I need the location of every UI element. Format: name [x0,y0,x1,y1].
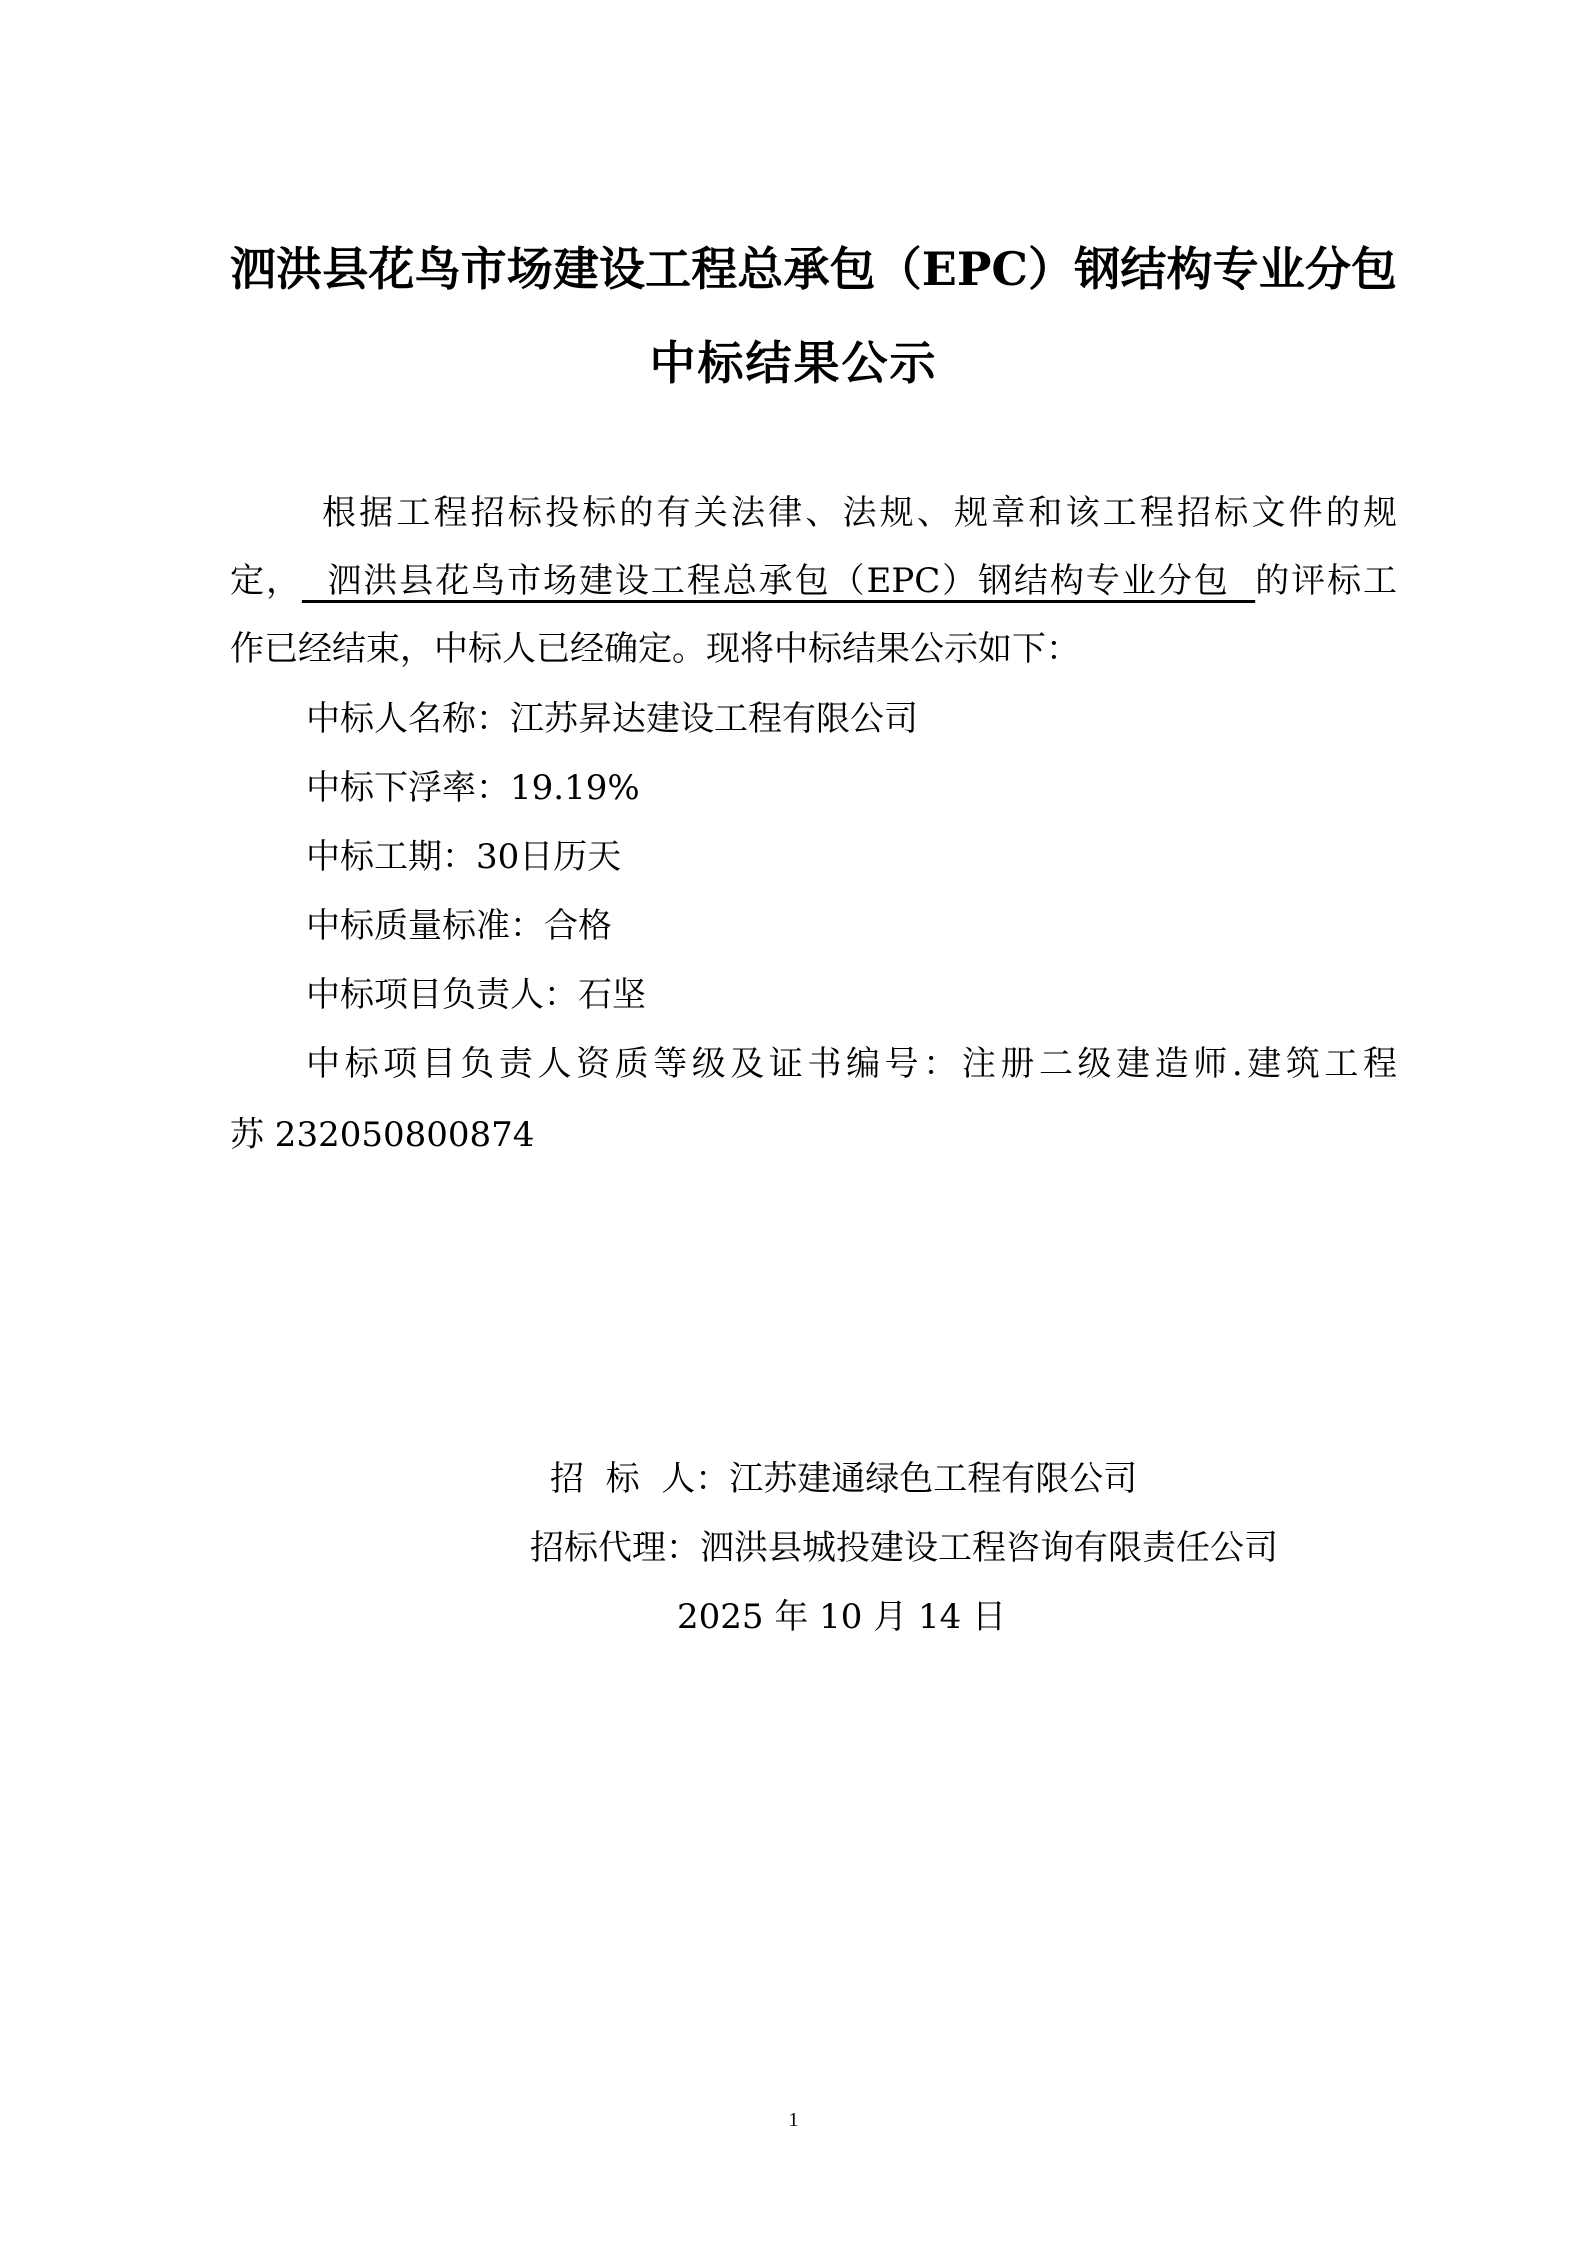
item-label: 中标质量标准： [306,906,544,946]
item-value: 30日历天 [476,837,621,877]
agent-label: 招标代理： [530,1528,700,1568]
page-number: 1 [0,2110,1587,2130]
document-title-line-1: 泗洪县花鸟市场建设工程总承包（EPC）钢结构专业分包 [230,246,1397,292]
item-manager-qualification: 中标项目负责人资质等级及证书编号：注册二级建造师.建筑工程 [306,1047,1397,1081]
certificate-number: 苏 232050800874 [230,1118,534,1152]
bidder-value: 江苏建通绿色工程有限公司 [729,1459,1137,1499]
item-label: 中标项目负责人： [306,975,578,1015]
signature-agent: 招标代理：泗洪县城投建设工程咨询有限责任公司 [530,1531,1278,1565]
item-duration: 中标工期：30日历天 [306,840,621,874]
item-label: 中标工期： [306,837,476,877]
intro-line-1: 根据工程招标投标的有关法律、法规、规章和该工程招标文件的规 [322,496,1397,530]
item-value: 注册二级建造师.建筑工程 [962,1044,1397,1084]
project-name-underlined: 泗洪县花鸟市场建设工程总承包（EPC）钢结构专业分包 [302,561,1255,601]
document-title-line-2: 中标结果公示 [0,340,1587,386]
item-value: 石坚 [578,975,646,1015]
signature-bidder: 招 标 人：江苏建通绿色工程有限公司 [550,1462,1137,1496]
item-discount-rate: 中标下浮率：19.19% [306,771,640,805]
signature-date: 2025 年 10 月 14 日 [677,1600,1006,1634]
intro-line-2: 定， 泗洪县花鸟市场建设工程总承包（EPC）钢结构专业分包 的评标工 [230,564,1397,598]
item-label: 中标下浮率： [306,768,510,808]
item-quality-standard: 中标质量标准：合格 [306,909,612,943]
item-value: 江苏昇达建设工程有限公司 [510,699,918,739]
intro-line-3: 作已经结束，中标人已经确定。现将中标结果公示如下： [230,632,1080,666]
item-project-manager: 中标项目负责人：石坚 [306,978,646,1012]
item-value: 19.19% [510,768,640,808]
item-value: 合格 [544,906,612,946]
item-label: 中标人名称： [306,699,510,739]
intro-prefix: 定， [230,561,302,601]
intro-suffix: 的评标工 [1255,561,1397,601]
item-winner-name: 中标人名称：江苏昇达建设工程有限公司 [306,702,918,736]
document-page: 泗洪县花鸟市场建设工程总承包（EPC）钢结构专业分包 中标结果公示 根据工程招标… [0,0,1587,2245]
agent-value: 泗洪县城投建设工程咨询有限责任公司 [700,1528,1278,1568]
item-label: 中标项目负责人资质等级及证书编号： [306,1044,962,1084]
bidder-label: 招 标 人： [550,1459,729,1499]
